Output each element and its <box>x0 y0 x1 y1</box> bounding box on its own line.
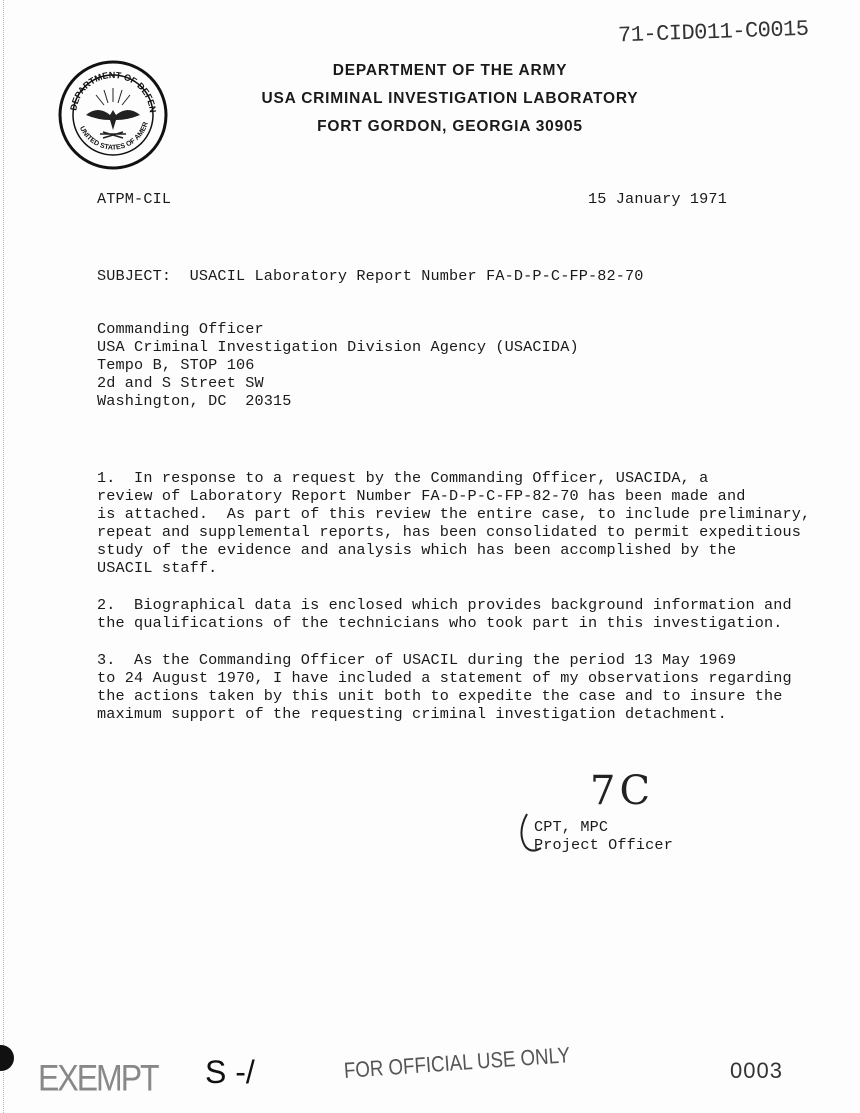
letter-date: 15 January 1971 <box>588 190 727 208</box>
paragraph-line: to 24 August 1970, I have included a sta… <box>97 669 792 687</box>
paragraph-line: 2. Biographical data is enclosed which p… <box>97 596 792 614</box>
page-number: 0003 <box>730 1058 783 1084</box>
paragraph-2: 2. Biographical data is enclosed which p… <box>97 596 792 632</box>
scan-edge-marks <box>3 0 5 1113</box>
addressee-line: Commanding Officer <box>97 320 579 338</box>
signature-block: CPT, MPC Project Officer <box>534 818 673 854</box>
addressee-line: Tempo B, STOP 106 <box>97 356 579 374</box>
subject-line: SUBJECT: USACIL Laboratory Report Number… <box>97 267 644 285</box>
signer-title: Project Officer <box>534 836 673 854</box>
addressee-line: USA Criminal Investigation Division Agen… <box>97 338 579 356</box>
reference-code: ATPM-CIL <box>97 190 171 208</box>
paragraph-line: study of the evidence and analysis which… <box>97 541 810 559</box>
paragraph-line: review of Laboratory Report Number FA-D-… <box>97 487 810 505</box>
page-marker: S -/ <box>205 1054 255 1091</box>
paragraph-3: 3. As the Commanding Officer of USACIL d… <box>97 651 792 723</box>
document-id-stamp: 71-CID011-C0015 <box>618 17 809 49</box>
addressee-block: Commanding Officer USA Criminal Investig… <box>97 320 579 410</box>
svg-text:DEPARTMENT OF DEFENSE: DEPARTMENT OF DEFENSE <box>58 60 158 113</box>
handwritten-signature: 7C <box>590 768 654 814</box>
exempt-stamp: EXEMPT <box>38 1057 158 1100</box>
signer-rank: CPT, MPC <box>534 818 673 836</box>
paragraph-line: repeat and supplemental reports, has bee… <box>97 523 810 541</box>
classification-marking: FOR OFFICIAL USE ONLY <box>343 1042 571 1084</box>
paragraph-line: is attached. As part of this review the … <box>97 505 810 523</box>
paragraph-line: the qualifications of the technicians wh… <box>97 614 792 632</box>
letterhead-address: FORT GORDON, GEORGIA 30905 <box>200 118 700 136</box>
paragraph-line: 3. As the Commanding Officer of USACIL d… <box>97 651 792 669</box>
paragraph-line: maximum support of the requesting crimin… <box>97 705 792 723</box>
letterhead-organization: USA CRIMINAL INVESTIGATION LABORATORY <box>200 90 700 108</box>
punch-hole <box>0 1045 14 1071</box>
paragraph-line: USACIL staff. <box>97 559 810 577</box>
letterhead-department: DEPARTMENT OF THE ARMY <box>200 62 700 80</box>
addressee-line: Washington, DC 20315 <box>97 392 579 410</box>
dod-seal-icon: DEPARTMENT OF DEFENSE UNITED STATES OF A… <box>58 60 168 170</box>
paragraph-line: 1. In response to a request by the Comma… <box>97 469 810 487</box>
paragraph-1: 1. In response to a request by the Comma… <box>97 469 810 577</box>
paragraph-line: the actions taken by this unit both to e… <box>97 687 792 705</box>
addressee-line: 2d and S Street SW <box>97 374 579 392</box>
